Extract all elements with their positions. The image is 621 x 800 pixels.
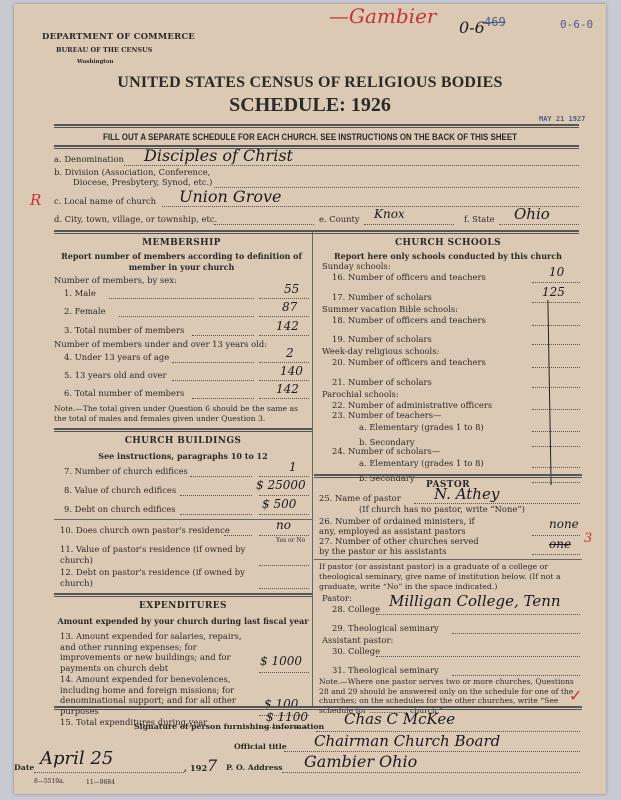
q24-label: 24. Number of scholars— — [332, 446, 440, 456]
q4-value[interactable]: 2 — [286, 346, 294, 360]
check-mark: ✓ — [569, 686, 582, 705]
q31-line — [452, 675, 580, 676]
date-line — [34, 772, 184, 773]
q4-label: 4. Under 13 years of age — [64, 352, 169, 362]
city-line — [214, 224, 314, 225]
city: Washington — [77, 59, 114, 65]
q2-value[interactable]: 87 — [282, 300, 297, 314]
q8-value[interactable]: $ 25000 — [256, 478, 306, 492]
q5-label: 5. 13 years old and over — [64, 370, 167, 380]
q1-line — [109, 298, 254, 299]
signature-value[interactable]: Chas C McKee — [344, 710, 455, 728]
divider — [54, 428, 312, 432]
divider — [314, 559, 582, 560]
q27-label: 27. Number of other churches served by t… — [319, 536, 489, 556]
parochial-schools-label: Parochial schools: — [322, 389, 399, 399]
q26-value[interactable]: none — [549, 517, 579, 531]
q6-label: 6. Total number of members — [64, 388, 184, 398]
q24a-answer-line — [532, 467, 580, 468]
q23a-label: a. Elementary (grades 1 to 8) — [359, 422, 484, 432]
q1-answer-line — [259, 298, 309, 299]
q16-answer-line — [532, 282, 580, 283]
q8-answer-line — [259, 495, 309, 496]
city-label: d. City, town, village, or township, etc… — [54, 214, 217, 224]
county-value[interactable]: Knox — [374, 207, 405, 221]
schools-subtitle: Report here only schools conducted by th… — [314, 251, 582, 261]
divider — [314, 474, 582, 478]
q27-answer-line — [532, 554, 580, 555]
q30-line — [376, 656, 580, 657]
q9-answer-line — [259, 514, 309, 515]
membership-title: MEMBERSHIP — [54, 238, 309, 248]
membership-note: Note.—The total given under Question 6 s… — [54, 404, 312, 424]
q3-value[interactable]: 142 — [276, 319, 299, 333]
q17-label: 17. Number of scholars — [332, 292, 432, 302]
q10-value[interactable]: no — [276, 518, 291, 532]
po-address-label: P. O. Address — [226, 763, 283, 772]
q16-value[interactable]: 10 — [549, 265, 564, 279]
q12-answer-line — [259, 588, 309, 589]
q4-line — [172, 362, 254, 363]
graduate-note: If pastor (or assistant pastor) is a gra… — [319, 562, 584, 592]
divider — [54, 230, 579, 234]
annotation-code: 0-6-0 — [560, 18, 593, 31]
county-label: e. County — [319, 214, 360, 224]
po-address-line — [282, 772, 580, 773]
q25-note: (If church has no pastor, write “None”) — [359, 504, 525, 514]
q8-label: 8. Value of church edifices — [64, 485, 176, 495]
q5-value[interactable]: 140 — [280, 364, 303, 378]
q5-answer-line — [259, 380, 309, 381]
denomination-line — [124, 165, 579, 166]
q21-label: 21. Number of scholars — [332, 377, 432, 387]
column-divider — [312, 232, 313, 707]
members-by-age-label: Number of members under and over 13 year… — [54, 339, 267, 349]
annotation-gambier: —Gambier — [329, 4, 436, 28]
instructions-banner: FILL OUT A SEPARATE SCHEDULE FOR EACH CH… — [50, 132, 571, 142]
q2-answer-line — [259, 316, 309, 317]
department: DEPARTMENT OF COMMERCE — [42, 32, 195, 42]
q7-value[interactable]: 1 — [289, 460, 297, 474]
document-title: UNITED STATES CENSUS OF RELIGIOUS BODIES — [14, 74, 606, 92]
q28-value[interactable]: Milligan College, Tenn — [389, 592, 561, 610]
print-code: 11—9684 — [86, 779, 115, 786]
date-stamp: MAY 21 1927 — [539, 115, 585, 123]
annotation-handwritten-code: 0-6 — [459, 18, 485, 37]
divider — [54, 124, 579, 128]
q9-value[interactable]: $ 500 — [262, 497, 296, 511]
date-label: Date — [14, 763, 34, 772]
q10-label: 10. Does church own pastor's residence — [60, 525, 230, 535]
q1-label: 1. Male — [64, 288, 96, 298]
q5-line — [172, 380, 254, 381]
ditto-mark — [547, 300, 551, 485]
q13-answer-line — [259, 672, 309, 673]
q28-line — [376, 614, 580, 615]
denomination-value[interactable]: Disciples of Christ — [144, 146, 293, 165]
q6-line — [192, 398, 254, 399]
year-prefix: , 192 — [184, 763, 207, 773]
margin-mark: R — [30, 191, 41, 209]
q17-answer-line — [532, 302, 580, 303]
q21-answer-line — [532, 387, 580, 388]
date-value[interactable]: April 25 — [40, 748, 113, 769]
q30-label: 30. College — [332, 646, 380, 656]
divider — [54, 519, 312, 520]
divider — [54, 145, 579, 149]
official-title-value[interactable]: Chairman Church Board — [314, 732, 500, 750]
sunday-schools-label: Sunday schools: — [322, 261, 391, 271]
denomination-label: a. Denomination — [54, 154, 124, 164]
q19-answer-line — [532, 344, 580, 345]
annotation-crossed-number: 469 — [484, 15, 506, 29]
q27-value[interactable]: one — [549, 537, 571, 551]
division-label-2: Diocese, Presbytery, Synod, etc.) — [73, 177, 212, 187]
q27-correction: 3 — [584, 531, 592, 546]
year-value[interactable]: 7 — [207, 756, 217, 775]
buildings-title: CHURCH BUILDINGS — [54, 436, 312, 446]
q18-label: 18. Number of officers and teachers — [332, 315, 486, 325]
q22-label: 22. Number of administrative officers — [332, 400, 492, 410]
q24a-label: a. Elementary (grades 1 to 8) — [359, 458, 484, 468]
q31-label: 31. Theological seminary — [332, 665, 439, 675]
q10-line — [224, 535, 252, 536]
q12-label: 12. Debt on pastor's residence (if owned… — [60, 567, 255, 589]
divider — [54, 706, 582, 710]
q13-value[interactable]: $ 1000 — [260, 654, 302, 668]
weekday-schools-label: Week-day religious schools: — [322, 346, 439, 356]
buildings-subtitle: See instructions, paragraphs 10 to 12 — [54, 451, 312, 461]
q7-answer-line — [259, 476, 309, 477]
q3-line — [192, 335, 254, 336]
q23a-answer-line — [532, 431, 580, 432]
q2-label: 2. Female — [64, 306, 106, 316]
q13-label: 13. Amount expended for salaries, repair… — [60, 631, 255, 673]
state-value[interactable]: Ohio — [514, 205, 550, 223]
q1-value[interactable]: 55 — [284, 282, 299, 296]
members-by-sex-label: Number of members, by sex: — [54, 275, 177, 285]
church-name-label: c. Local name of church — [54, 196, 156, 206]
assistant-pastor-label: Assistant pastor: — [322, 635, 393, 645]
q25-label: 25. Name of pastor — [319, 493, 401, 503]
county-line — [364, 224, 454, 225]
q26-label: 26. Number of ordained ministers, if any… — [319, 516, 489, 536]
bureau: BUREAU OF THE CENSUS — [56, 46, 152, 54]
summer-schools-label: Summer vacation Bible schools: — [322, 304, 458, 314]
q25-value[interactable]: N. Athey — [434, 485, 499, 503]
church-name-value[interactable]: Union Grove — [179, 187, 282, 206]
q18-answer-line — [532, 325, 580, 326]
q7-line — [190, 476, 252, 477]
q26-answer-line — [532, 535, 580, 536]
q3-label: 3. Total number of members — [64, 325, 184, 335]
membership-subtitle: Report number of members according to de… — [54, 251, 309, 273]
pastor-label: Pastor: — [322, 593, 352, 603]
official-title-label: Official title — [234, 742, 287, 751]
q19-label: 19. Number of scholars — [332, 334, 432, 344]
q17-value[interactable]: 125 — [542, 285, 565, 299]
q29-line — [452, 633, 580, 634]
q7-label: 7. Number of church edifices — [64, 466, 188, 476]
q2-line — [119, 316, 254, 317]
expenditures-title: EXPENDITURES — [54, 601, 312, 611]
q23-label: 23. Number of teachers— — [332, 410, 441, 420]
q6-value[interactable]: 142 — [276, 382, 299, 396]
signature-label: Signature of person furnishing informati… — [134, 722, 324, 731]
expenditures-subtitle: Amount expended by your church during la… — [54, 616, 312, 626]
q22-answer-line — [532, 409, 580, 410]
q28-label: 28. College — [332, 604, 380, 614]
q20-label: 20. Number of officers and teachers — [332, 357, 486, 367]
q4-answer-line — [259, 362, 309, 363]
schools-title: CHURCH SCHOOLS — [314, 238, 582, 248]
q8-line — [180, 495, 252, 496]
q29-label: 29. Theological seminary — [332, 623, 439, 633]
q20-answer-line — [532, 367, 580, 368]
q3-answer-line — [259, 335, 309, 336]
q6-answer-line — [259, 398, 309, 399]
schedule-title: SCHEDULE: 1926 — [14, 94, 606, 117]
census-schedule-form: —Gambier 0-6 469 0-6-0 DEPARTMENT OF COM… — [14, 4, 606, 794]
q23b-answer-line — [532, 446, 580, 447]
q11-label: 11. Value of pastor's residence (if owne… — [60, 544, 255, 566]
division-label: b. Division (Association, Conference, — [54, 167, 210, 177]
state-line — [499, 224, 579, 225]
po-address-value[interactable]: Gambier Ohio — [304, 752, 417, 771]
q16-label: 16. Number of officers and teachers — [332, 272, 486, 282]
state-label: f. State — [464, 214, 495, 224]
form-code: 8—5519a. — [34, 778, 65, 785]
divider — [54, 593, 312, 597]
q9-label: 9. Debt on church edifices — [64, 504, 176, 514]
yes-no-hint: Yes or No — [276, 537, 305, 544]
q9-line — [180, 514, 252, 515]
q10-answer-line — [259, 535, 309, 536]
q11-answer-line — [259, 565, 309, 566]
